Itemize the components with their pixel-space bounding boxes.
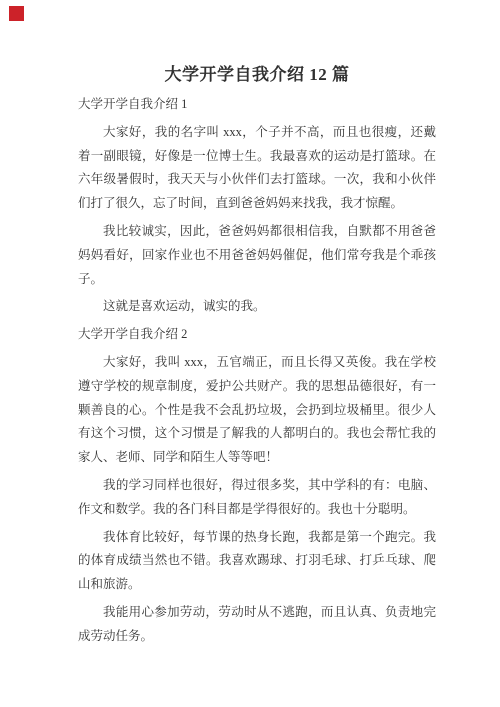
document-content: 大学开学自我介绍 12 篇 大学开学自我介绍 1 大家好，我的名字叫 xxx，个…: [78, 62, 436, 653]
paragraph: 我体育比较好，每节课的热身长跑，我都是第一个跑完。我的体育成绩当然也不错。我喜欢…: [78, 526, 436, 597]
paragraph: 我比较诚实，因此，爸爸妈妈都很相信我，自默都不用爸爸妈妈看好，回家作业也不用爸爸…: [78, 220, 436, 291]
paragraph: 我能用心参加劳动，劳动时从不逃跑，而且认真、负责地完成劳动任务。: [78, 601, 436, 649]
document-page: 大学开学自我介绍 12 篇 大学开学自我介绍 1 大家好，我的名字叫 xxx，个…: [0, 0, 500, 707]
paragraph: 这就是喜欢运动，诚实的我。: [78, 295, 436, 319]
paragraph: 大家好，我叫 xxx，五官端正，而且长得又英俊。我在学校遵守学校的规章制度，爱护…: [78, 351, 436, 470]
paragraph: 大家好，我的名字叫 xxx，个子并不高，而且也很瘦，还戴着一副眼镜，好像是一位博…: [78, 121, 436, 216]
section-heading-2: 大学开学自我介绍 2: [78, 323, 436, 347]
paragraph: 我的学习同样也很好，得过很多奖，其中学科的有：电脑、作文和数学。我的各门科目都是…: [78, 474, 436, 522]
red-square-marker-icon: [9, 6, 24, 21]
section-heading-1: 大学开学自我介绍 1: [78, 93, 436, 117]
document-title: 大学开学自我介绍 12 篇: [78, 62, 436, 88]
